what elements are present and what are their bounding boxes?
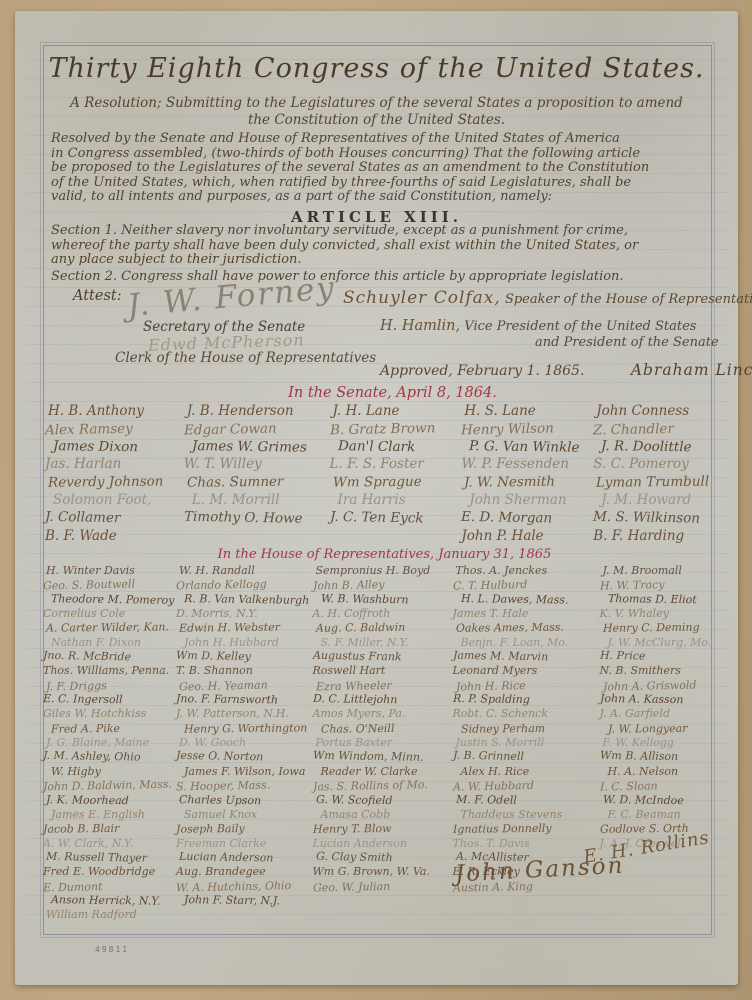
signature: T. B. Shannon	[176, 664, 313, 678]
signature: Thos. Williams, Penna.	[43, 664, 176, 678]
signature: S. F. Miller, N.Y.	[321, 636, 453, 650]
signature: J. W. McClurg, Mo.	[608, 636, 744, 650]
signature: Lucian Anderson	[179, 850, 313, 867]
signature: J. W. Patterson, N.H.	[176, 707, 313, 721]
signature: J. W. Longyear	[607, 721, 743, 737]
signature: Thomas D. Eliot	[607, 592, 743, 608]
text-line: whereof the party shall have been duly c…	[51, 239, 719, 254]
signature: Jacob B. Blair	[43, 821, 176, 837]
house-heading: In the House of Representatives, January…	[23, 547, 746, 562]
hamlin-signature: H. Hamlin,	[380, 318, 460, 334]
signature: Henry G. Worthington	[184, 721, 313, 737]
signature: William Radford	[46, 908, 176, 922]
signature: J. H. Lane	[333, 403, 462, 421]
attest-label: Attest:	[73, 288, 122, 304]
signature: Amos Myers, Pa.	[313, 707, 453, 721]
signature: Joseph Baily	[176, 821, 313, 837]
senate-column-3: J. H. LaneB. Gratz BrownDan'l ClarkL. F.…	[330, 403, 462, 555]
signature: Fred A. Pike	[51, 721, 176, 737]
signature: Theodore M. Pomeroy	[51, 592, 176, 608]
signature: J. M. Howard	[601, 492, 739, 510]
signature: Wm D. Kelley	[176, 649, 313, 666]
signature: Wm Windom, Minn.	[312, 749, 452, 766]
signature: James T. Hale	[453, 607, 600, 621]
signature: W. B. Washburn	[320, 592, 452, 608]
text-line: Section 1. Neither slavery nor involunta…	[51, 224, 719, 239]
senate-column-2: J. B. HendersonEdgar CowanJames W. Grime…	[184, 403, 330, 555]
signature: H. S. Lane	[464, 403, 593, 421]
signature: Augustus Frank	[312, 649, 452, 666]
house-column-3: Sempronius H. BoydJohn B. AlleyW. B. Was…	[313, 564, 453, 939]
resolution-heading-line-2: the Constitution of the United States.	[15, 112, 738, 128]
colfax-signature: Schuyler Colfax,	[343, 288, 501, 308]
signature: Timothy O. Howe	[184, 509, 330, 529]
signature: A. Carter Wilder, Kan.	[46, 621, 176, 637]
signature: Amasa Cobb	[321, 808, 453, 822]
senate-column-5: John ConnessZ. ChandlerJ. R. DoolittleS.…	[593, 403, 739, 555]
signature: Z. Chandler	[593, 419, 739, 440]
section-1: Section 1. Neither slavery nor involunta…	[51, 224, 719, 268]
signature: B. F. Harding	[593, 528, 739, 546]
signature: J. Collamer	[45, 509, 184, 529]
signature: D. C. Littlejohn	[312, 692, 452, 708]
house-column-5: J. M. BroomallH. W. TracyThomas D. Eliot…	[600, 564, 744, 939]
signature: R. B. Van Valkenburgh	[184, 592, 313, 608]
signature: Lyman Trumbull	[596, 473, 739, 492]
signature: James Dixon	[53, 438, 184, 458]
photo-mat: Thirty Eighth Congress of the United Sta…	[0, 0, 752, 1000]
signature: J. C. Ten Eyck	[329, 509, 461, 529]
signature: James E. English	[51, 808, 176, 822]
hamlin-title-2: and President of the Senate	[535, 335, 719, 350]
signature: Alex Ramsey	[45, 419, 184, 440]
signature: G. W. Scofield	[315, 793, 452, 809]
signature: M. S. Wilkinson	[593, 509, 739, 529]
signature: John Conness	[596, 403, 739, 421]
signature: John P. Hale	[461, 528, 593, 546]
signature: B. F. Wade	[45, 528, 184, 546]
signature: Lucian Anderson	[313, 837, 453, 851]
approved-line: Approved, February 1. 1865. Abraham Linc…	[380, 361, 752, 379]
signature: Ira Harris	[338, 492, 462, 510]
signature: Wm G. Brown, W. Va.	[313, 865, 453, 879]
document-paper: Thirty Eighth Congress of the United Sta…	[15, 11, 738, 985]
signature: A. H. Coffroth	[313, 607, 453, 621]
colfax-title: Speaker of the House of Representatives	[505, 292, 752, 307]
senate-column-1: H. B. AnthonyAlex RamseyJames DixonJas. …	[45, 403, 184, 555]
signature: Benjn. F. Loan, Mo.	[461, 636, 600, 650]
house-signatures: H. Winter DavisGeo. S. BoutwellTheodore …	[43, 564, 743, 939]
approved-text: Approved, February 1. 1865.	[380, 363, 584, 379]
signature: J. R. Doolittle	[601, 438, 739, 458]
signature: Giles W. Hotchkiss	[43, 707, 176, 721]
signature: N. B. Smithers	[600, 664, 744, 678]
signature: John H. Hubbard	[184, 636, 313, 650]
signature: W. D. McIndoe	[602, 793, 743, 809]
signature: Freeman Clarke	[176, 837, 313, 851]
signature: Thaddeus Stevens	[461, 808, 600, 822]
signature: Wm B. Allison	[599, 749, 743, 766]
signature: E. D. Morgan	[461, 509, 593, 529]
signature: J. B. Grinnell	[452, 749, 599, 766]
signature: Cornelius Cole	[43, 607, 176, 621]
preamble-paragraph: Resolved by the Senate and House of Repr…	[51, 132, 719, 205]
signature: J. W. Nesmith	[464, 474, 593, 493]
signature: Jesse O. Norton	[176, 749, 313, 766]
signature: E. C. Ingersoll	[43, 692, 176, 708]
signature: J. K. Moorhead	[46, 793, 176, 809]
signature: D. Morris, N.Y.	[176, 607, 313, 621]
text-line: be proposed to the Legislatures of the s…	[51, 161, 719, 176]
signature: Wm Sprague	[332, 474, 461, 493]
signature: Aug. Brandegee	[176, 865, 313, 879]
signature: Geo. W. Julian	[312, 878, 452, 895]
signature: Charles Upson	[179, 793, 313, 809]
signature: Fred E. Woodbridge	[43, 865, 176, 879]
text-line: any place subject to their jurisdiction.	[51, 253, 719, 268]
signature: Jno. R. McBride	[43, 649, 176, 666]
signature: John A. Kasson	[599, 692, 743, 708]
signature: Roswell Hart	[313, 664, 453, 678]
vice-president-line: H. Hamlin, Vice President of the United …	[380, 318, 696, 334]
signature: Oakes Ames, Mass.	[455, 621, 599, 637]
text-line: valid, to all intents and purposes, as a…	[51, 190, 719, 205]
signature: Henry Wilson	[461, 419, 593, 440]
signature: H. B. Anthony	[48, 403, 184, 421]
signature: Thos. T. Davis	[453, 837, 600, 851]
signature: K. V. Whaley	[600, 607, 744, 621]
signature: Jas. Harlan	[45, 456, 184, 474]
signature: L. F. S. Foster	[330, 456, 462, 474]
signature: John Sherman	[469, 492, 593, 510]
hamlin-title: Vice President of the United States	[464, 319, 696, 334]
signature: Henry C. Deming	[602, 621, 743, 637]
speaker-line: Schuyler Colfax, Speaker of the House of…	[343, 288, 752, 308]
text-line: Resolved by the Senate and House of Repr…	[51, 132, 719, 147]
text-line: of the United States, which, when ratifi…	[51, 176, 719, 191]
plate-number: 49811	[95, 945, 129, 954]
signature: Chas. O'Neill	[320, 721, 452, 737]
signature: Reverdy Johnson	[48, 473, 184, 492]
signature: W. T. Willey	[184, 456, 330, 474]
signature: Edgar Cowan	[184, 419, 330, 440]
signature: A. W. Clark, N.Y.	[43, 837, 176, 851]
signature: James W. Grimes	[192, 438, 330, 458]
signature: H. Price	[599, 649, 743, 666]
resolution-heading-line-1: A Resolution; Submitting to the Legislat…	[15, 95, 738, 111]
senate-column-4: H. S. LaneHenry WilsonP. G. Van WinkleW.…	[461, 403, 593, 555]
signature: Chas. Sumner	[187, 473, 330, 492]
signature: F. C. Beaman	[608, 808, 744, 822]
signature: H. L. Dawes, Mass.	[460, 592, 599, 608]
signature: Robt. C. Schenck	[453, 707, 600, 721]
signature: M. F. Odell	[455, 792, 599, 808]
signature: S. C. Pomeroy	[593, 456, 739, 474]
signature: Ignatius Donnelly	[452, 821, 599, 837]
lincoln-signature: Abraham Lincoln	[631, 361, 752, 379]
signature: Nathan F. Dixon	[51, 636, 176, 650]
signature: J. M. Ashley, Ohio	[43, 749, 176, 766]
house-column-2: W. H. RandallOrlando KelloggR. B. Van Va…	[176, 564, 313, 939]
signature: Solomon Foot,	[53, 492, 184, 510]
senate-heading: In the Senate, April 8, 1864.	[31, 385, 752, 401]
signature: Aug. C. Baldwin	[315, 621, 452, 637]
signature: Leonard Myers	[453, 664, 600, 678]
house-column-1: H. Winter DavisGeo. S. BoutwellTheodore …	[43, 564, 176, 939]
signature: John D. Baldwin, Mass.	[43, 778, 176, 795]
signature: M. Russell Thayer	[46, 850, 176, 867]
signature: W. P. Fessenden	[461, 456, 593, 474]
signature: Dan'l Clark	[337, 438, 461, 458]
signature: Edwin H. Webster	[179, 621, 313, 637]
signature: G. Clay Smith	[315, 850, 452, 867]
signature: John F. Starr, N.J.	[184, 893, 313, 909]
senate-signatures: H. B. AnthonyAlex RamseyJames DixonJas. …	[45, 403, 739, 555]
signature: R. P. Spalding	[452, 692, 599, 708]
mcpherson-title: Clerk of the House of Representatives	[115, 350, 376, 366]
signature: J. B. Henderson	[187, 403, 330, 421]
signature: Jno. F. Farnsworth	[176, 692, 313, 708]
signature: J. A. Garfield	[600, 707, 744, 721]
signature: Sidney Perham	[460, 721, 599, 737]
signature: Henry T. Blow	[312, 821, 452, 837]
signature: Samuel Knox	[184, 808, 313, 822]
signature: James M. Marvin	[452, 649, 599, 666]
signature: L. M. Morrill	[192, 492, 330, 510]
congress-title: Thirty Eighth Congress of the United Sta…	[15, 53, 738, 84]
signature: Anson Herrick, N.Y.	[51, 893, 176, 909]
signature: P. G. Van Winkle	[469, 438, 593, 458]
signature: B. Gratz Brown	[329, 419, 461, 440]
text-line: in Congress assembled, (two-thirds of bo…	[51, 147, 719, 162]
section-2: Section 2. Congress shall have power to …	[51, 270, 719, 285]
